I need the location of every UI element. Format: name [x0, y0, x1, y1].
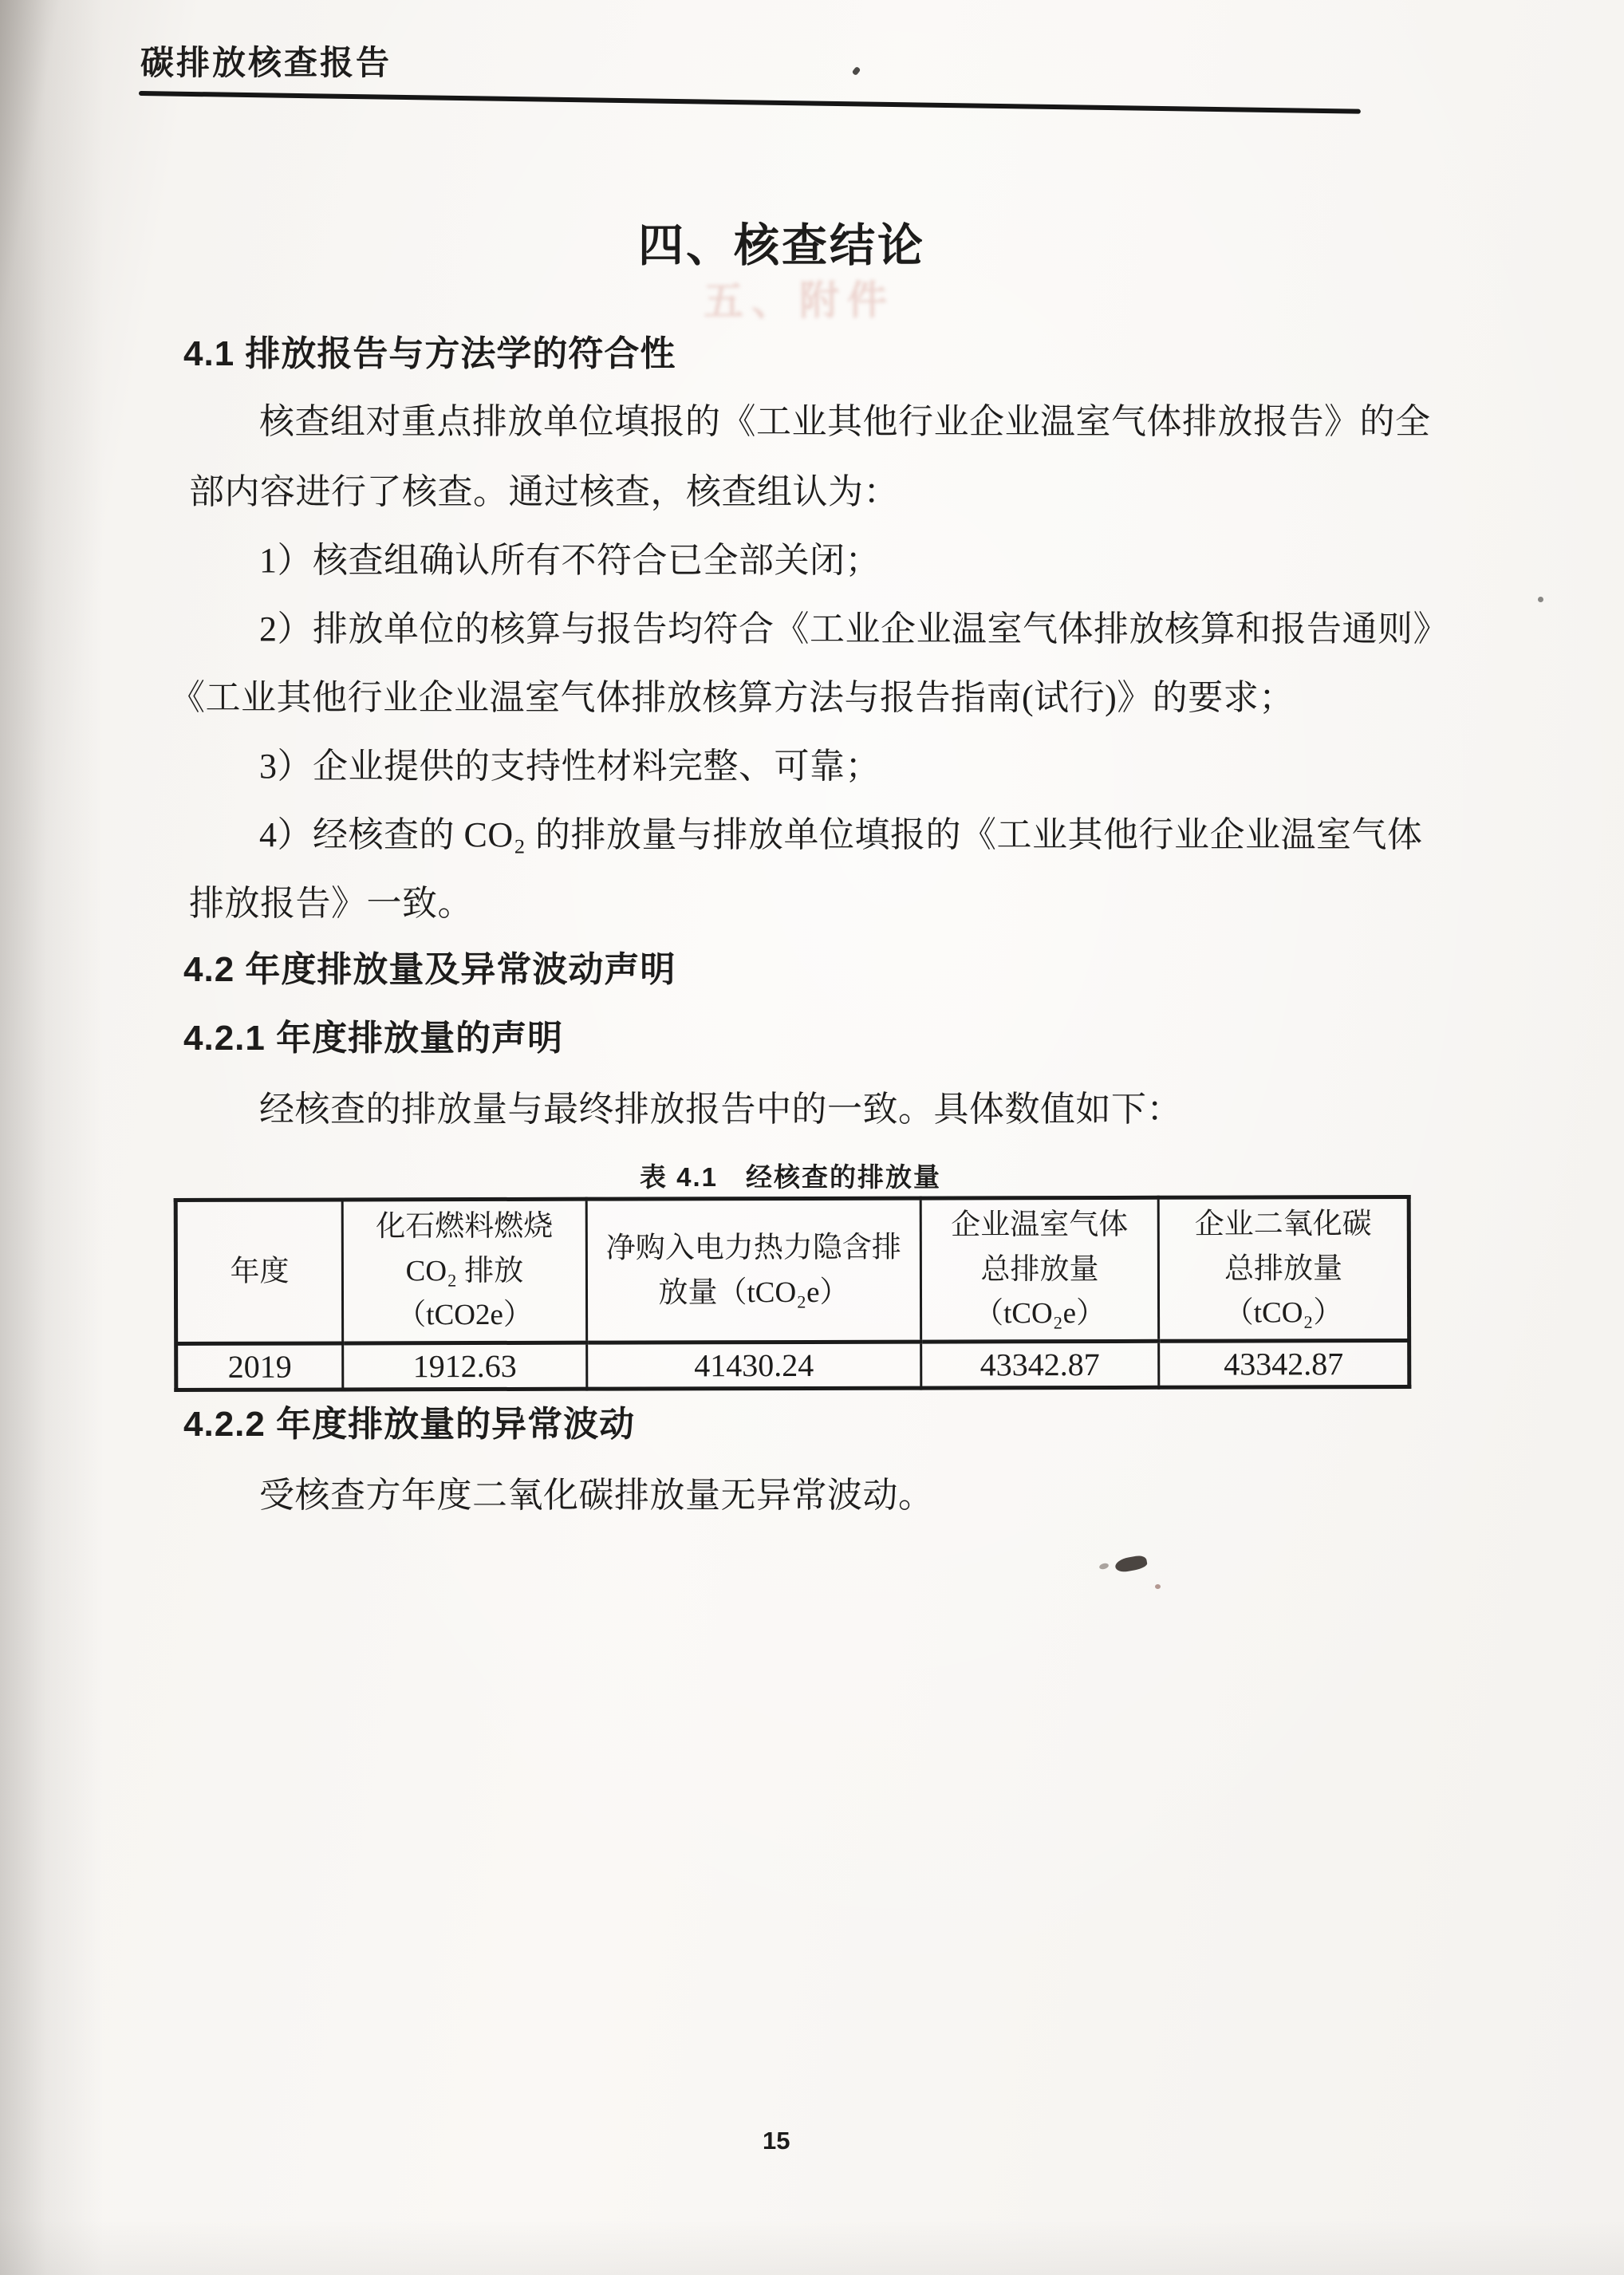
table-data-row: 2019 1912.63 41430.24 43342.87 43342.87	[176, 1340, 1409, 1390]
body-line: 《工业其他行业企业温室气体排放核算方法与报告指南(试行)》的要求；	[170, 675, 1510, 720]
header-rule	[139, 91, 1361, 114]
bleedthrough-ghost-text: 五、附件	[704, 280, 895, 321]
total-ghg-value: 43342.87	[921, 1341, 1159, 1388]
purchased-energy-implied-emissions-column-header: 净购入电力热力隐含排 放量（tCO₂e）	[586, 1198, 920, 1343]
left-edge-scan-shadow	[0, 0, 104, 2275]
ink-speck	[1538, 597, 1543, 602]
section-4-2-heading: 4.2 年度排放量及异常波动声明	[183, 949, 676, 992]
ink-smudge	[1114, 1555, 1148, 1574]
body-line: 核查组对重点排放单位填报的《工业其他行业企业温室气体排放报告》的全	[189, 399, 1599, 444]
table-header-row: 年度 化石燃料燃烧 CO₂ 排放 （tCO2e） 净购入电力热力隐含排 放量（t…	[175, 1197, 1409, 1343]
total-co2-value: 43342.87	[1159, 1340, 1409, 1387]
section-4-2-1-heading: 4.2.1 年度排放量的声明	[183, 1018, 563, 1060]
year-value: 2019	[176, 1343, 343, 1390]
ink-speck	[852, 66, 861, 76]
body-line: 受核查方年度二氧化碳排放量无异常波动。	[189, 1473, 1599, 1518]
body-line: 2）排放单位的核算与报告均符合《工业企业温室气体排放核算和报告通则》	[189, 606, 1599, 652]
body-line: 3）企业提供的支持性材料完整、可靠；	[189, 743, 1599, 789]
chapter-title: 四、核查结论	[0, 220, 1563, 273]
section-4-1-heading: 4.1 排放报告与方法学的符合性	[183, 333, 676, 376]
body-line: 排放报告》一致。	[189, 881, 1529, 926]
fossil-fuel-co2-value: 1912.63	[343, 1343, 587, 1390]
bottom-scan-shade	[0, 2219, 1624, 2275]
page-number: 15	[763, 2128, 790, 2153]
scanned-report-page: 碳排放核查报告 四、核查结论 五、附件 4.1 排放报告与方法学的符合性 核查组…	[0, 0, 1624, 2275]
purchased-energy-value: 41430.24	[587, 1342, 921, 1389]
body-line: 1）核查组确认所有不符合已全部关闭；	[189, 538, 1599, 583]
ink-smudge-fleck	[1098, 1563, 1109, 1571]
table-caption: 表 4.1 经核查的排放量	[174, 1161, 1407, 1193]
total-co2-emissions-column-header: 企业二氧化碳 总排放量 （tCO₂）	[1158, 1197, 1409, 1341]
year-column-header: 年度	[175, 1200, 342, 1344]
total-ghg-emissions-column-header: 企业温室气体 总排放量 （tCO₂e）	[920, 1197, 1158, 1342]
body-line: 部内容进行了核查。通过核查，核查组认为：	[189, 469, 1529, 515]
body-line: 4）经核查的 CO₂ 的排放量与排放单位填报的《工业其他行业企业温室气体	[189, 812, 1599, 858]
section-4-2-2-heading: 4.2.2 年度排放量的异常波动	[183, 1404, 635, 1446]
fossil-fuel-co2-column-header: 化石燃料燃烧 CO₂ 排放 （tCO2e）	[342, 1199, 586, 1343]
ink-smudge-dot	[1155, 1584, 1161, 1589]
body-line: 经核查的排放量与最终排放报告中的一致。具体数值如下：	[189, 1086, 1599, 1132]
running-header: 碳排放核查报告	[140, 45, 392, 81]
verified-emissions-table: 年度 化石燃料燃烧 CO₂ 排放 （tCO2e） 净购入电力热力隐含排 放量（t…	[174, 1195, 1412, 1392]
